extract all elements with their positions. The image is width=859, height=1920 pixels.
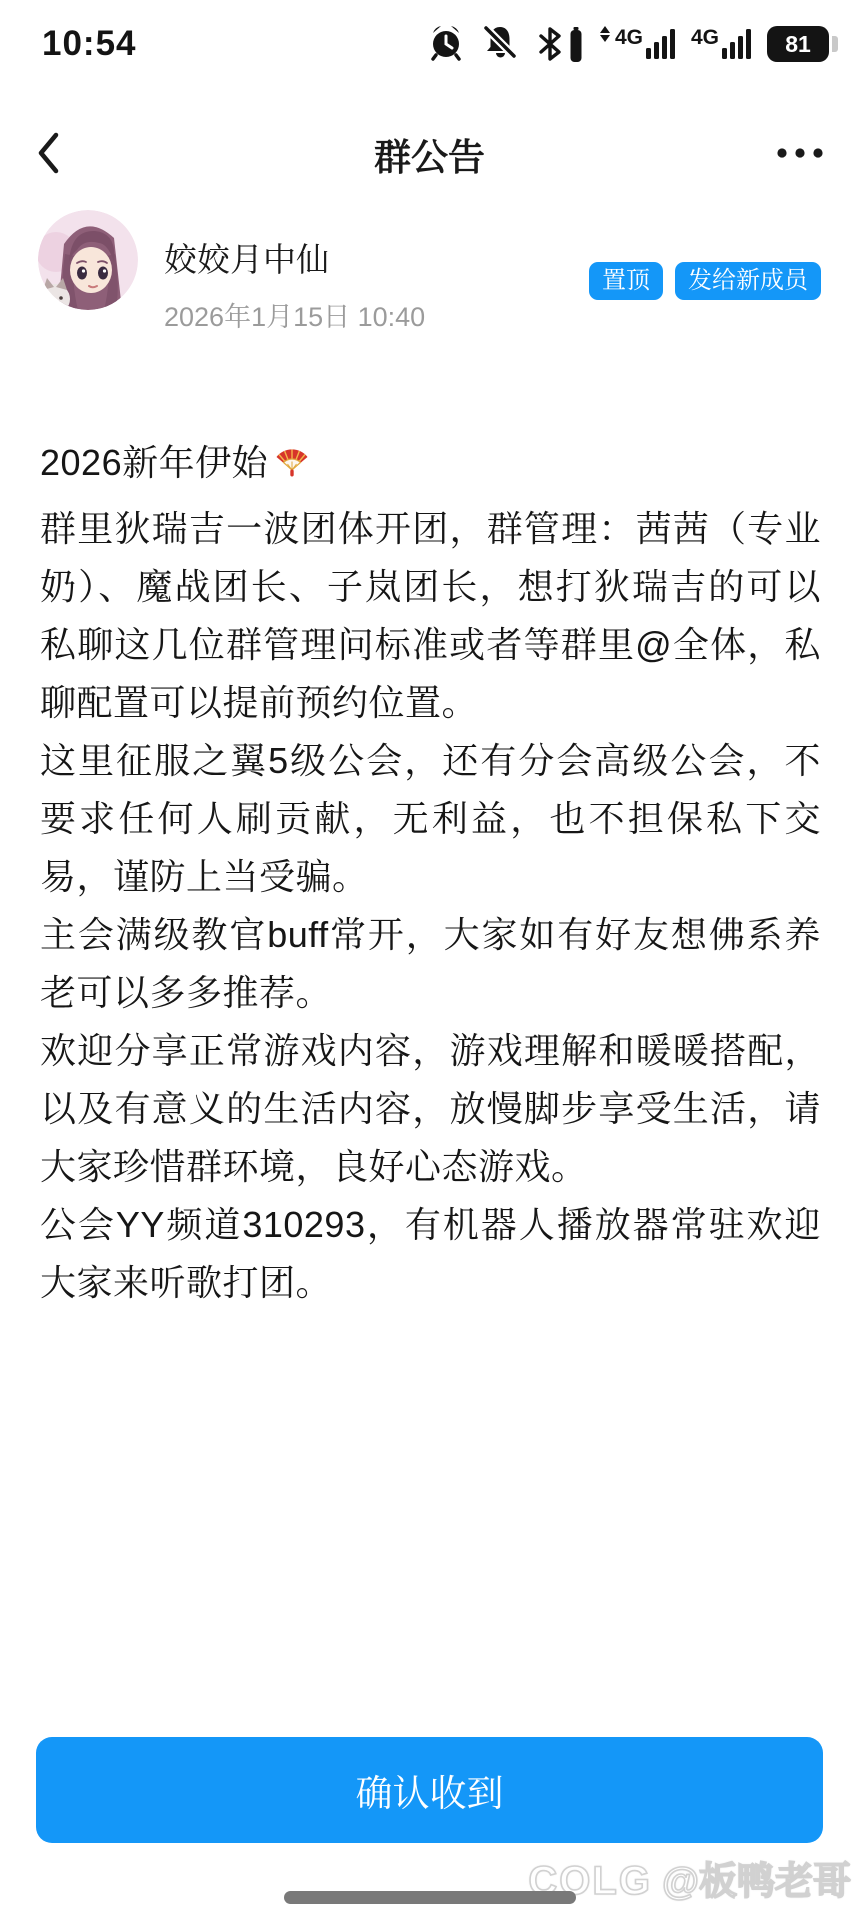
- announcement-timestamp: 2026年1月15日 10:40: [164, 295, 425, 334]
- back-chevron-icon: [34, 130, 62, 179]
- status-bar: 10:54: [0, 0, 859, 78]
- send-to-new-members-badge: 发给新成员: [675, 262, 821, 300]
- battery-icon: 81: [767, 26, 829, 62]
- watermark-author: @板鸭老哥: [662, 1850, 851, 1905]
- status-icons: 4G 4G 81: [427, 23, 829, 66]
- nav-bar: 群公告: [0, 78, 859, 200]
- page-title: 群公告: [124, 127, 735, 181]
- announcement-paragraph: 公会YY频道310293，有机器人播放器常驻欢迎大家来听歌打团。: [40, 1196, 821, 1312]
- announcement-paragraph: 这里征服之翼5级公会，还有分会高级公会，不要求任何人刷贡献，无利益，也不担保私下…: [40, 732, 821, 906]
- back-button[interactable]: [34, 130, 62, 179]
- mute-icon: [481, 23, 519, 66]
- announcement-paragraph: 群里狄瑞吉一波团体开团，群管理：茜茜（专业奶）、魔战团长、子岚团长，想打狄瑞吉的…: [40, 500, 821, 732]
- announcement-paragraph: 主会满级教官buff常开，大家如有好友想佛系养老可以多多推荐。: [40, 906, 821, 1022]
- avatar[interactable]: [38, 210, 138, 310]
- signal-sim2-icon: 4G: [691, 29, 751, 59]
- signal-bars: [722, 29, 751, 59]
- author-card: 姣姣月中仙 2026年1月15日 10:40 置顶 发给新成员: [0, 210, 859, 362]
- author-info: 姣姣月中仙 2026年1月15日 10:40: [164, 210, 425, 334]
- group-announcement-page: 10:54: [0, 0, 859, 1920]
- opening-line: 2026新年伊始: [40, 434, 821, 500]
- confirm-received-button[interactable]: 确认收到: [36, 1737, 823, 1843]
- folding-fan-icon: [272, 442, 312, 500]
- home-indicator[interactable]: [284, 1891, 576, 1904]
- announcement-body: 2026新年伊始 群里狄瑞吉一波团体开团，群管理：茜茜（专业奶）、魔战团长、子岚…: [40, 434, 821, 1312]
- announcement-paragraph: 欢迎分享正常游戏内容，游戏理解和暖暖搭配，以及有意义的生活内容，放慢脚步享受生活…: [40, 1022, 821, 1196]
- signal-sim1-icon: 4G: [598, 29, 675, 59]
- ellipsis-more-icon: [775, 147, 825, 162]
- network-type-label: 4G: [615, 26, 643, 50]
- network-type-label: 4G: [691, 26, 719, 50]
- clock-time: 10:54: [42, 24, 137, 64]
- pinned-badge: 置顶: [589, 262, 663, 300]
- watermark: COLG @板鸭老哥: [528, 1850, 851, 1905]
- signal-bars: [646, 29, 675, 59]
- author-name: 姣姣月中仙: [164, 234, 425, 281]
- more-button[interactable]: [775, 147, 825, 162]
- alarm-icon: [427, 23, 465, 66]
- badges: 置顶 发给新成员: [589, 262, 821, 300]
- battery-percent: 81: [785, 31, 811, 58]
- bluetooth-icon: [535, 24, 582, 64]
